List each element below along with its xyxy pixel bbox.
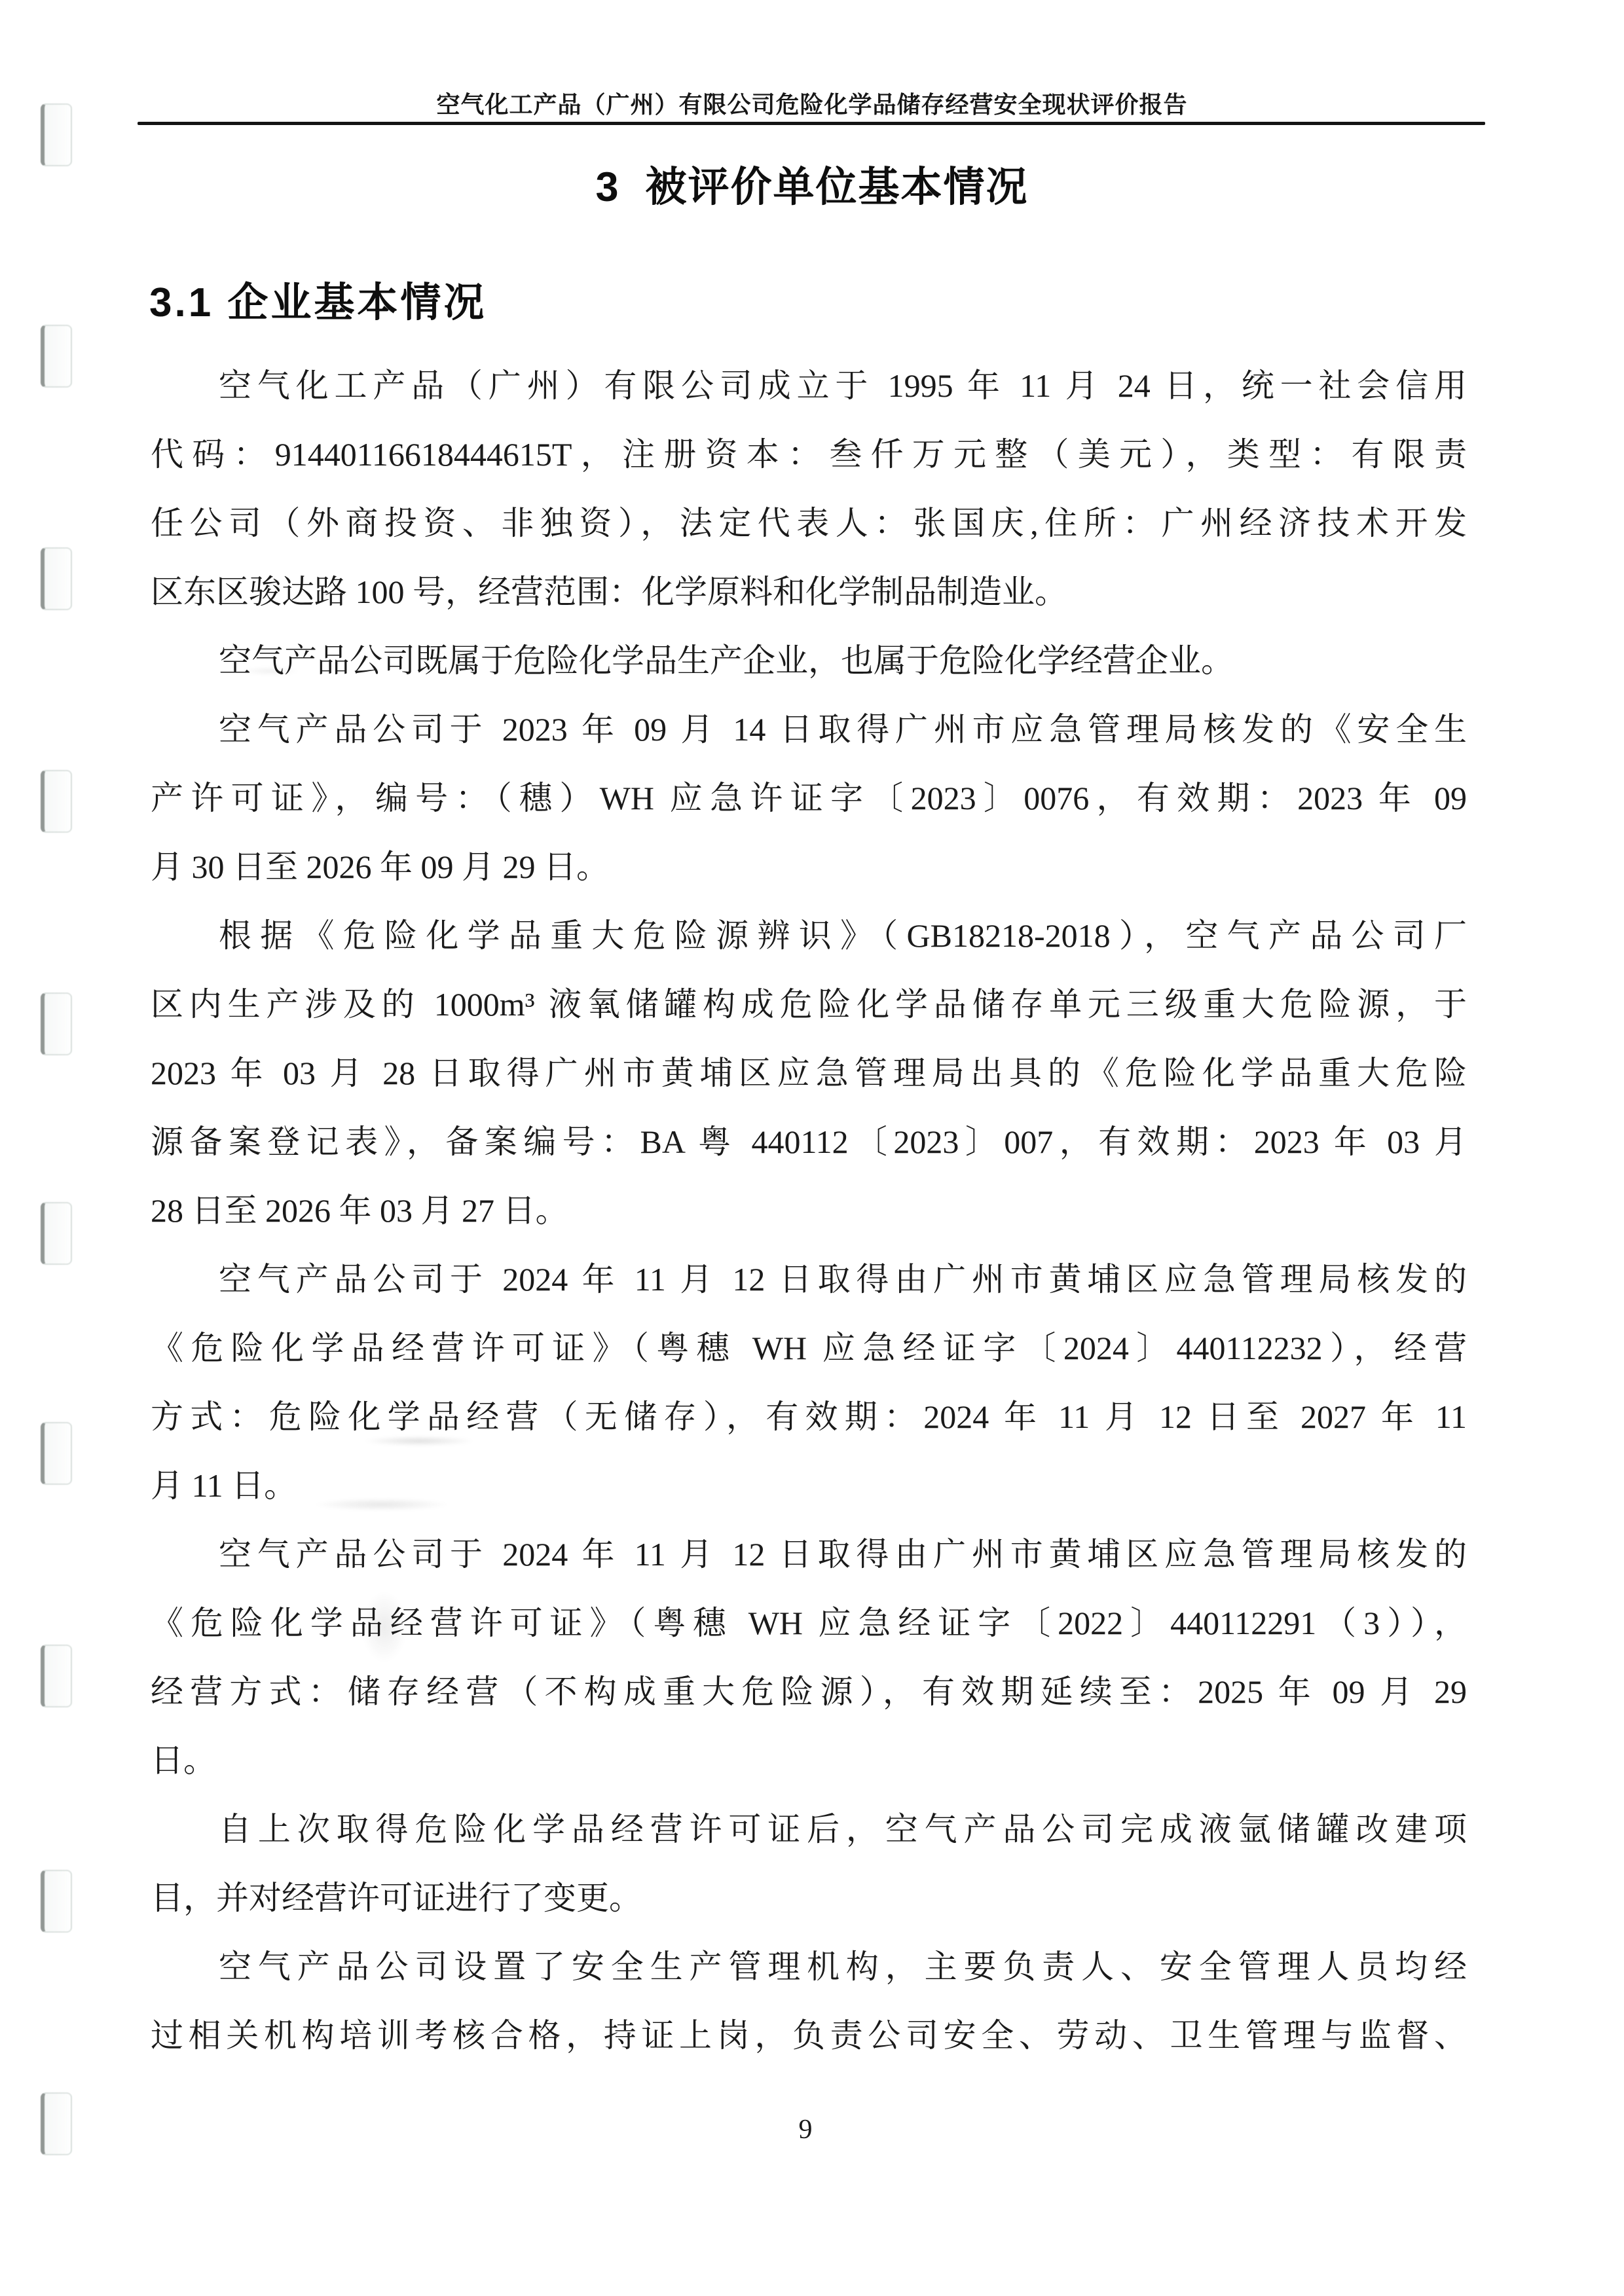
body-line: 代码：91440116618444615T，注册资本：叁仟万元整（美元），类型：… (151, 420, 1467, 489)
binding-hole-mark (41, 1202, 72, 1265)
body-line: 目，并对经营许可证进行了变更。 (151, 1864, 1467, 1933)
running-header: 空气化工产品（广州）有限公司危险化学品储存经营安全现状评价报告 (0, 90, 1624, 119)
body-line: 2023 年 03 月 28 日取得广州市黄埔区应急管理局出具的《危险化学品重大… (151, 1039, 1467, 1108)
binding-hole-mark (41, 993, 72, 1055)
body-line: 源备案登记表》，备案编号：BA 粤 440112〔2023〕007，有效期：20… (151, 1108, 1467, 1176)
body-line: 空气产品公司于 2024 年 11 月 12 日取得由广州市黄埔区应急管理局核发… (151, 1520, 1467, 1589)
body-line: 《危险化学品经营许可证》（粤穗 WH 应急经证字〔2022〕440112291（… (151, 1589, 1467, 1658)
body-line: 区东区骏达路 100 号，经营范围：化学原料和化学制品制造业。 (151, 558, 1467, 627)
page: 空气化工产品（广州）有限公司危险化学品储存经营安全现状评价报告 3 被评价单位基… (0, 0, 1624, 2296)
body-line: 月 11 日。 (151, 1451, 1467, 1520)
binding-hole-mark (41, 547, 72, 610)
binding-hole-mark (41, 1422, 72, 1485)
body-line: 28 日至 2026 年 03 月 27 日。 (151, 1176, 1467, 1245)
body-line: 日。 (151, 1726, 1467, 1795)
body-line: 空气化工产品（广州）有限公司成立于 1995 年 11 月 24 日，统一社会信… (151, 352, 1467, 420)
body-line: 空气产品公司于 2023 年 09 月 14 日取得广州市应急管理局核发的《安全… (151, 695, 1467, 764)
body-line: 空气产品公司既属于危险化学品生产企业，也属于危险化学经营企业。 (151, 627, 1467, 695)
binding-hole-mark (41, 1645, 72, 1707)
body-line: 方式：危险化学品经营（无储存），有效期：2024 年 11 月 12 日至 20… (151, 1383, 1467, 1451)
body-line: 任公司（外商投资、非独资），法定代表人：张国庆,住所：广州经济技术开发 (151, 489, 1467, 558)
body-line: 区内生产涉及的 1000m³ 液氧储罐构成危险化学品储存单元三级重大危险源，于 (151, 970, 1467, 1039)
header-divider (138, 122, 1485, 125)
binding-hole-mark (41, 770, 72, 833)
body-line: 空气产品公司设置了安全生产管理机构，主要负责人、安全管理人员均经 (151, 1933, 1467, 2001)
body-line: 《危险化学品经营许可证》（粤穗 WH 应急经证字〔2024〕440112232）… (151, 1314, 1467, 1383)
page-number: 9 (0, 2113, 1611, 2146)
body-line: 根据《危险化学品重大危险源辨识》（GB18218-2018），空气产品公司厂 (151, 902, 1467, 970)
body-line: 过相关机构培训考核合格，持证上岗，负责公司安全、劳动、卫生管理与监督、 (151, 2001, 1467, 2070)
body-line: 产许可证》，编号：（穗）WH 应急许证字〔2023〕0076，有效期：2023 … (151, 764, 1467, 833)
body-line: 空气产品公司于 2024 年 11 月 12 日取得由广州市黄埔区应急管理局核发… (151, 1245, 1467, 1314)
page-title: 3 被评价单位基本情况 (0, 162, 1624, 212)
binding-hole-mark (41, 1870, 72, 1933)
body-line: 月 30 日至 2026 年 09 月 29 日。 (151, 833, 1467, 902)
body-line: 自上次取得危险化学品经营许可证后，空气产品公司完成液氩储罐改建项 (151, 1795, 1467, 1864)
section-heading: 3.1 企业基本情况 (149, 279, 487, 327)
body-line: 经营方式：储存经营（不构成重大危险源），有效期延续至：2025 年 09 月 2… (151, 1658, 1467, 1726)
body-text: 空气化工产品（广州）有限公司成立于 1995 年 11 月 24 日，统一社会信… (151, 352, 1467, 2070)
binding-hole-mark (41, 325, 72, 388)
